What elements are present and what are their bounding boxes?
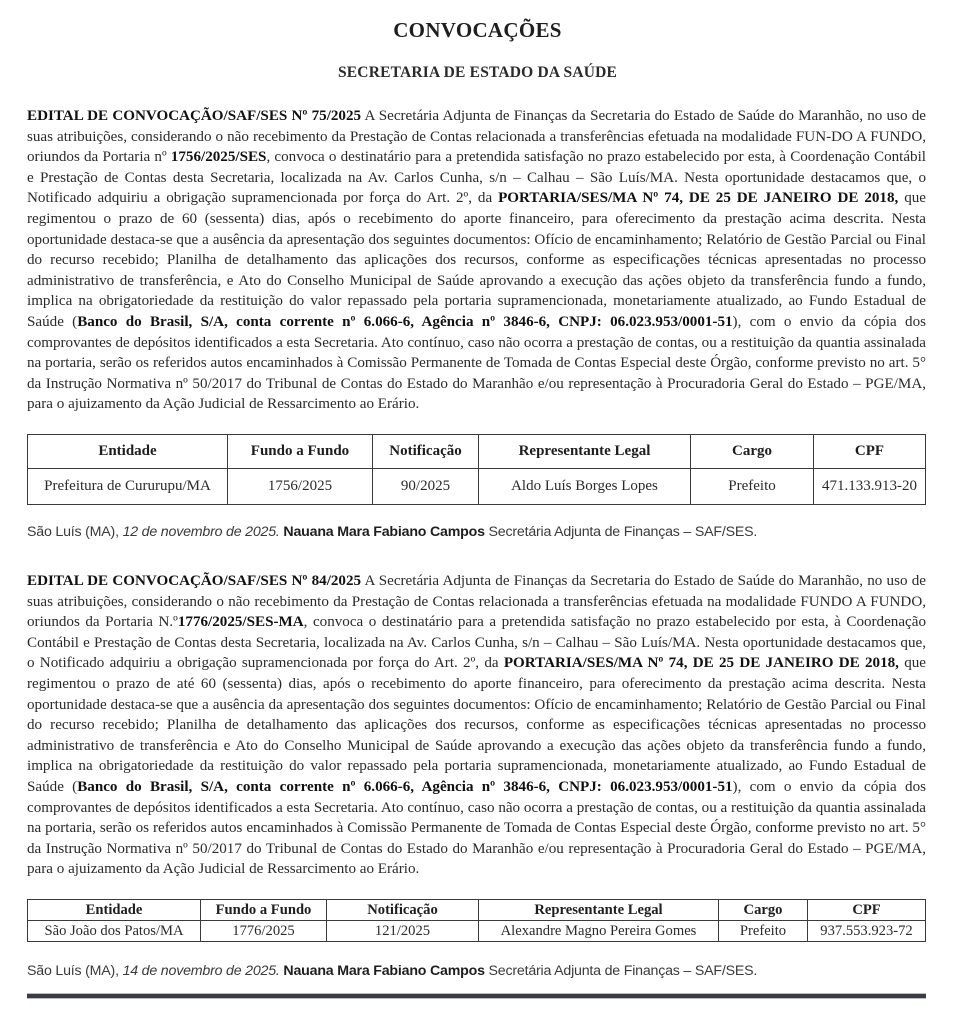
cell-notificacao: 90/2025 bbox=[373, 469, 479, 505]
portaria-reference: 1756/2025/SES bbox=[171, 149, 267, 165]
column-header-representante: Representante Legal bbox=[479, 900, 719, 921]
table-row: São João dos Patos/MA 1776/2025 121/2025… bbox=[28, 921, 926, 942]
column-header-cpf: CPF bbox=[808, 900, 926, 921]
signature-place: São Luís (MA), bbox=[27, 963, 123, 979]
column-header-entidade: Entidade bbox=[28, 435, 228, 469]
column-header-entidade: Entidade bbox=[28, 900, 201, 921]
signature-date: 14 de novembro de 2025. bbox=[123, 963, 280, 979]
cell-fundo: 1776/2025 bbox=[201, 921, 327, 942]
table-header-row: Entidade Fundo a Fundo Notificação Repre… bbox=[28, 900, 926, 921]
column-header-fundo: Fundo a Fundo bbox=[201, 900, 327, 921]
signatory-role: Secretária Adjunta de Finanças – SAF/SES… bbox=[485, 963, 757, 979]
edital-heading: EDITAL DE CONVOCAÇÃO/SAF/SES Nº 75/2025 bbox=[27, 108, 361, 124]
column-header-representante: Representante Legal bbox=[479, 435, 691, 469]
column-header-cargo: Cargo bbox=[719, 900, 808, 921]
cell-fundo: 1756/2025 bbox=[228, 469, 373, 505]
signature-line: São Luís (MA), 14 de novembro de 2025. N… bbox=[27, 963, 927, 979]
column-header-cpf: CPF bbox=[814, 435, 926, 469]
portaria-reference: 1776/2025/SES-MA bbox=[178, 614, 304, 630]
cell-cpf: 937.553.923-72 bbox=[808, 921, 926, 942]
bank-info: Banco do Brasil, S/A, conta corrente nº … bbox=[77, 314, 732, 330]
portaria-ses-reference: PORTARIA/SES/MA Nº 74, DE 25 DE JANEIRO … bbox=[504, 655, 899, 671]
signatory-name: Nauana Mara Fabiano Campos bbox=[283, 963, 484, 979]
edital-heading: EDITAL DE CONVOCAÇÃO/SAF/SES Nº 84/2025 bbox=[27, 573, 361, 589]
column-header-fundo: Fundo a Fundo bbox=[228, 435, 373, 469]
table-row: Prefeitura de Cururupu/MA 1756/2025 90/2… bbox=[28, 469, 926, 505]
cell-cargo: Prefeito bbox=[719, 921, 808, 942]
signatory-name: Nauana Mara Fabiano Campos bbox=[283, 524, 484, 540]
signature-line: São Luís (MA), 12 de novembro de 2025. N… bbox=[27, 524, 927, 540]
cell-cargo: Prefeito bbox=[691, 469, 814, 505]
edital-text: que regimentou o prazo de 60 (sessenta) … bbox=[27, 190, 926, 330]
page-title: CONVOCAÇÕES bbox=[0, 18, 955, 43]
edital-paragraph: EDITAL DE CONVOCAÇÃO/SAF/SES Nº 75/2025 … bbox=[27, 106, 926, 415]
signature-place: São Luís (MA), bbox=[27, 524, 123, 540]
bank-info: Banco do Brasil, S/A, conta corrente nº … bbox=[77, 779, 732, 795]
cell-entidade: São João dos Patos/MA bbox=[28, 921, 201, 942]
cell-representante: Alexandre Magno Pereira Gomes bbox=[479, 921, 719, 942]
column-header-notificacao: Notificação bbox=[373, 435, 479, 469]
cell-representante: Aldo Luís Borges Lopes bbox=[479, 469, 691, 505]
column-header-notificacao: Notificação bbox=[327, 900, 479, 921]
edital-paragraph: EDITAL DE CONVOCAÇÃO/SAF/SES Nº 84/2025 … bbox=[27, 571, 926, 880]
cell-notificacao: 121/2025 bbox=[327, 921, 479, 942]
signature-date: 12 de novembro de 2025. bbox=[123, 524, 280, 540]
cell-entidade: Prefeitura de Cururupu/MA bbox=[28, 469, 228, 505]
portaria-ses-reference: PORTARIA/SES/MA Nº 74, DE 25 DE JANEIRO … bbox=[498, 190, 898, 206]
column-header-cargo: Cargo bbox=[691, 435, 814, 469]
signatory-role: Secretária Adjunta de Finanças – SAF/SES… bbox=[485, 524, 757, 540]
section-divider bbox=[27, 993, 926, 999]
convocation-table: Entidade Fundo a Fundo Notificação Repre… bbox=[27, 434, 926, 505]
table-header-row: Entidade Fundo a Fundo Notificação Repre… bbox=[28, 435, 926, 469]
cell-cpf: 471.133.913-20 bbox=[814, 469, 926, 505]
section-subtitle: SECRETARIA DE ESTADO DA SAÚDE bbox=[0, 64, 955, 82]
edital-text: que regimentou o prazo de até 60 (sessen… bbox=[27, 655, 926, 795]
convocation-table: Entidade Fundo a Fundo Notificação Repre… bbox=[27, 899, 926, 942]
